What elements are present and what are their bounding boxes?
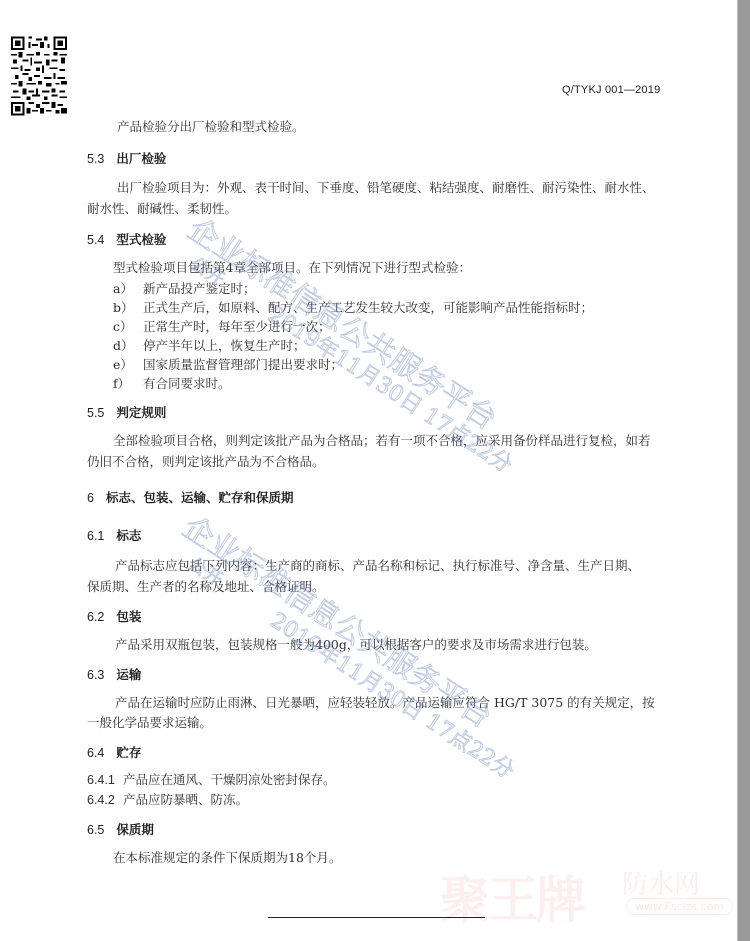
list-label: c）: [113, 319, 143, 335]
standard-code: Q/TYKJ 001—2019: [562, 84, 660, 96]
section-title: 型式检验: [116, 232, 166, 247]
section-number: 6: [87, 491, 94, 505]
list-item: c）正常生产时，每年至少进行一次；: [113, 319, 331, 335]
list-item: d）停产半年以上，恢复生产时；: [113, 338, 306, 354]
section-number: 6.1: [87, 529, 104, 543]
paragraph-line: 在本标准规定的条件下保质期为18个月。: [113, 850, 341, 866]
subclause-number: 6.4.1: [87, 772, 123, 788]
logo-url: www.Fsclzs.com: [626, 898, 733, 915]
list-text: 国家质量监督管理部门提出要求时；: [143, 357, 343, 372]
list-label: b）: [113, 300, 143, 316]
section-title: 判定规则: [116, 405, 166, 420]
list-item: f）有合同要求时。: [113, 376, 231, 392]
section-number: 6.4: [87, 746, 104, 760]
chapter-heading-6: 6标志、包装、运输、贮存和保质期: [87, 490, 293, 506]
section-number: 5.4: [87, 233, 104, 247]
list-item: b）正式生产后，如原料、配方、生产工艺发生较大改变，可能影响产品性能指标时；: [113, 300, 593, 316]
list-text: 停产半年以上，恢复生产时；: [143, 338, 306, 353]
list-text: 正式生产后，如原料、配方、生产工艺发生较大改变，可能影响产品性能指标时；: [143, 300, 593, 315]
list-item: e）国家质量监督管理部门提出要求时；: [113, 357, 343, 373]
section-heading-5-5: 5.5判定规则: [87, 405, 166, 421]
site-logo-watermark: 聚王牌 防水网 www.Fsclzs.com: [440, 860, 720, 922]
section-title: 包装: [116, 609, 141, 624]
section-number: 5.3: [87, 152, 104, 166]
section-heading-5-3: 5.3出厂检验: [87, 151, 166, 167]
paragraph-line: 产品采用双瓶包装，包装规格一般为400g，可以根据客户的要求及市场需求进行包装。: [115, 637, 597, 653]
section-title: 保质期: [116, 822, 154, 837]
paragraph-line: 一般化学品要求运输。: [87, 715, 212, 731]
subclause-number: 6.4.2: [87, 792, 123, 808]
paragraph-line: 出厂检验项目为：外观、表干时间、下垂度、铅笔硬度、粘结强度、耐磨性、耐污染性、耐…: [117, 180, 655, 196]
paragraph-line: 耐水性、耐碱性、柔韧性。: [87, 201, 237, 217]
section-heading-6-5: 6.5保质期: [87, 822, 154, 838]
paragraph-line: 产品在运输时应防止雨淋、日光暴晒，应轻装轻放。产品运输应符合 HG/T 3075…: [115, 695, 655, 711]
section-heading-6-1: 6.1标志: [87, 528, 141, 544]
subclause-text: 产品应防暴晒、防冻。: [123, 792, 248, 807]
logo-brand-text: 聚王牌: [440, 860, 584, 932]
intro-text: 产品检验分出厂检验和型式检验。: [117, 119, 305, 135]
subclause-item: 6.4.2产品应防暴晒、防冻。: [87, 792, 248, 808]
list-label: e）: [113, 357, 143, 373]
paragraph-line: 保质期、生产者的名称及地址、合格证明。: [87, 579, 325, 595]
subclause-text: 产品应在通风、干燥阴凉处密封保存。: [123, 772, 336, 787]
qr-code-icon: [11, 36, 67, 116]
end-rule-divider: [268, 917, 485, 918]
section-number: 5.5: [87, 406, 104, 420]
paragraph-line: 仍旧不合格，则判定该批产品为不合格品。: [87, 454, 325, 470]
section-number: 6.3: [87, 668, 104, 682]
section-title: 运输: [116, 667, 141, 682]
paragraph-line: 型式检验项目包括第4章全部项目。在下列情况下进行型式检验：: [113, 260, 471, 276]
section-title: 出厂检验: [116, 151, 166, 166]
section-heading-6-4: 6.4贮存: [87, 745, 141, 761]
paragraph-line: 产品标志应包括下列内容：生产商的商标、产品名称和标记、执行标准号、净含量、生产日…: [115, 558, 640, 574]
list-label: f）: [113, 376, 143, 392]
list-text: 新产品投产鉴定时；: [143, 281, 256, 296]
section-heading-5-4: 5.4型式检验: [87, 232, 166, 248]
subclause-item: 6.4.1产品应在通风、干燥阴凉处密封保存。: [87, 772, 336, 788]
section-heading-6-2: 6.2包装: [87, 609, 141, 625]
document-page: Q/TYKJ 001—2019 产品检验分出厂检验和型式检验。 5.3出厂检验 …: [0, 0, 738, 941]
section-title: 标志: [116, 528, 141, 543]
list-label: d）: [113, 338, 143, 354]
section-title: 标志、包装、运输、贮存和保质期: [106, 490, 294, 505]
list-label: a）: [113, 281, 143, 297]
list-text: 正常生产时，每年至少进行一次；: [143, 319, 331, 334]
section-number: 6.2: [87, 610, 104, 624]
paragraph-line: 全部检验项目合格，则判定该批产品为合格品；若有一项不合格，应采用备份样品进行复检…: [113, 433, 651, 449]
list-text: 有合同要求时。: [143, 376, 231, 391]
vertical-scrollbar[interactable]: [737, 0, 750, 941]
list-item: a）新产品投产鉴定时；: [113, 281, 256, 297]
section-title: 贮存: [116, 745, 141, 760]
section-heading-6-3: 6.3运输: [87, 667, 141, 683]
section-number: 6.5: [87, 823, 104, 837]
logo-sub-text: 防水网: [622, 864, 700, 901]
